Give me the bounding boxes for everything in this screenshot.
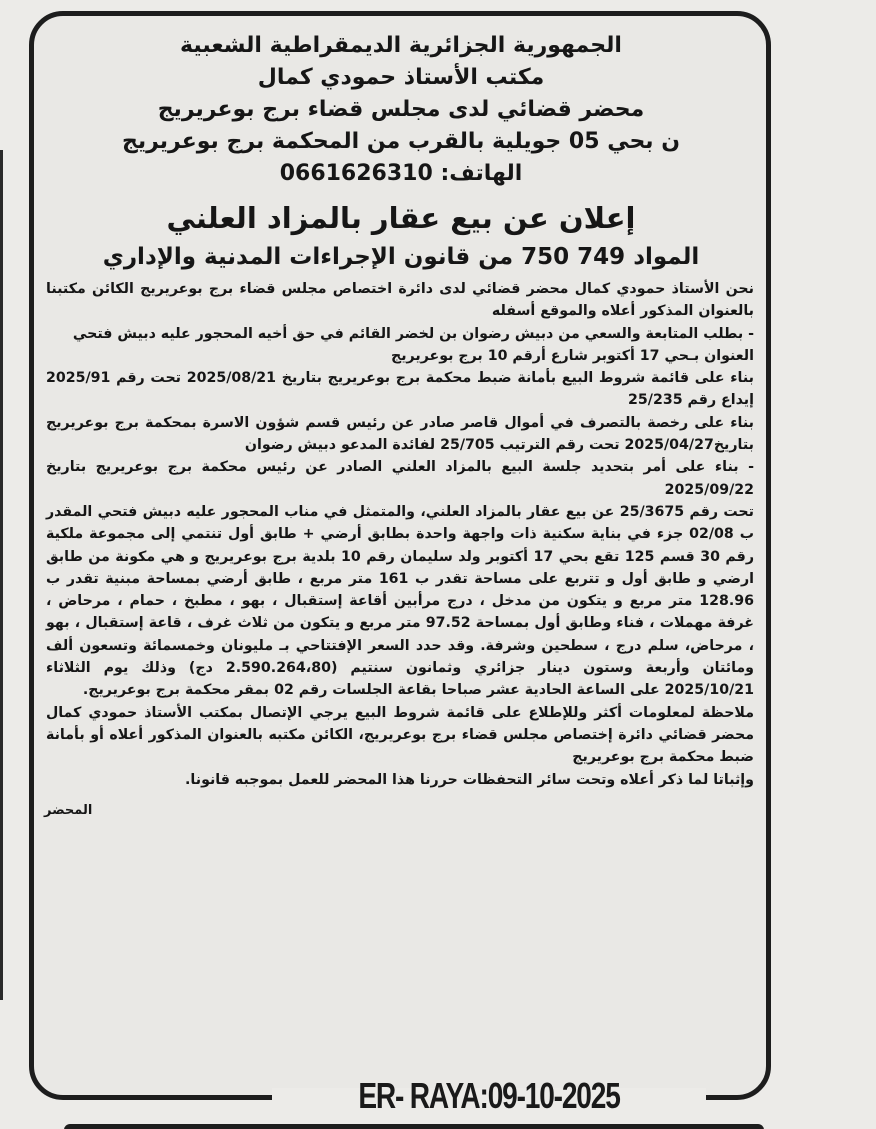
- paragraph-property: تحت رقم 25/3675 عن بيع عقار بالمزاد العل…: [46, 501, 754, 702]
- publication-source: ER- RAYA:09-10-2025: [322, 1075, 656, 1117]
- paragraph-conditions: بناء على قائمة شروط البيع بأمانة ضبط محك…: [46, 367, 754, 412]
- paragraph-request: - بطلب المتابعة والسعي من دبيش رضوان بن …: [46, 323, 754, 345]
- paragraph-order: - بناء على أمر بتحديد جلسة البيع بالمزاد…: [46, 456, 754, 501]
- announcement-subtitle: المواد 749 750 من قانون الإجراءات المدني…: [40, 240, 762, 274]
- announcement-body: نحن الأستاذ حمودي كمال محضر قضائي لدى دا…: [40, 278, 762, 791]
- paragraph-license: بناء على رخصة بالتصرف في أموال قاصر صادر…: [46, 412, 754, 457]
- paragraph-address: العنوان بـحي 17 أكتوبر شارع أرقم 10 برج …: [46, 345, 754, 367]
- next-announcement-border: [64, 1124, 764, 1129]
- header-address: ن بحي 05 جويلية بالقرب من المحكمة برج بو…: [40, 126, 762, 158]
- announcement-title: إعلان عن بيع عقار بالمزاد العلني: [40, 196, 762, 240]
- header-position: محضر قضائي لدى مجلس قضاء برج بوعريريج: [40, 94, 762, 126]
- paragraph-intro: نحن الأستاذ حمودي كمال محضر قضائي لدى دا…: [46, 278, 754, 323]
- announcement-content: الجمهورية الجزائرية الديمقراطية الشعبية …: [40, 30, 762, 818]
- signature: المحضر: [40, 803, 762, 818]
- header-phone: الهاتف: 0661626310: [40, 158, 762, 190]
- paragraph-note: ملاحظة لمعلومات أكثر وللإطلاع على قائمة …: [46, 702, 754, 769]
- header-republic: الجمهورية الجزائرية الديمقراطية الشعبية: [40, 30, 762, 62]
- paragraph-closing: وإثباتا لما ذكر أعلاه وتحت سائر التحفظات…: [46, 769, 754, 791]
- header-office: مكتب الأستاذ حمودي كمال: [40, 62, 762, 94]
- adjacent-column-border: [0, 150, 3, 1000]
